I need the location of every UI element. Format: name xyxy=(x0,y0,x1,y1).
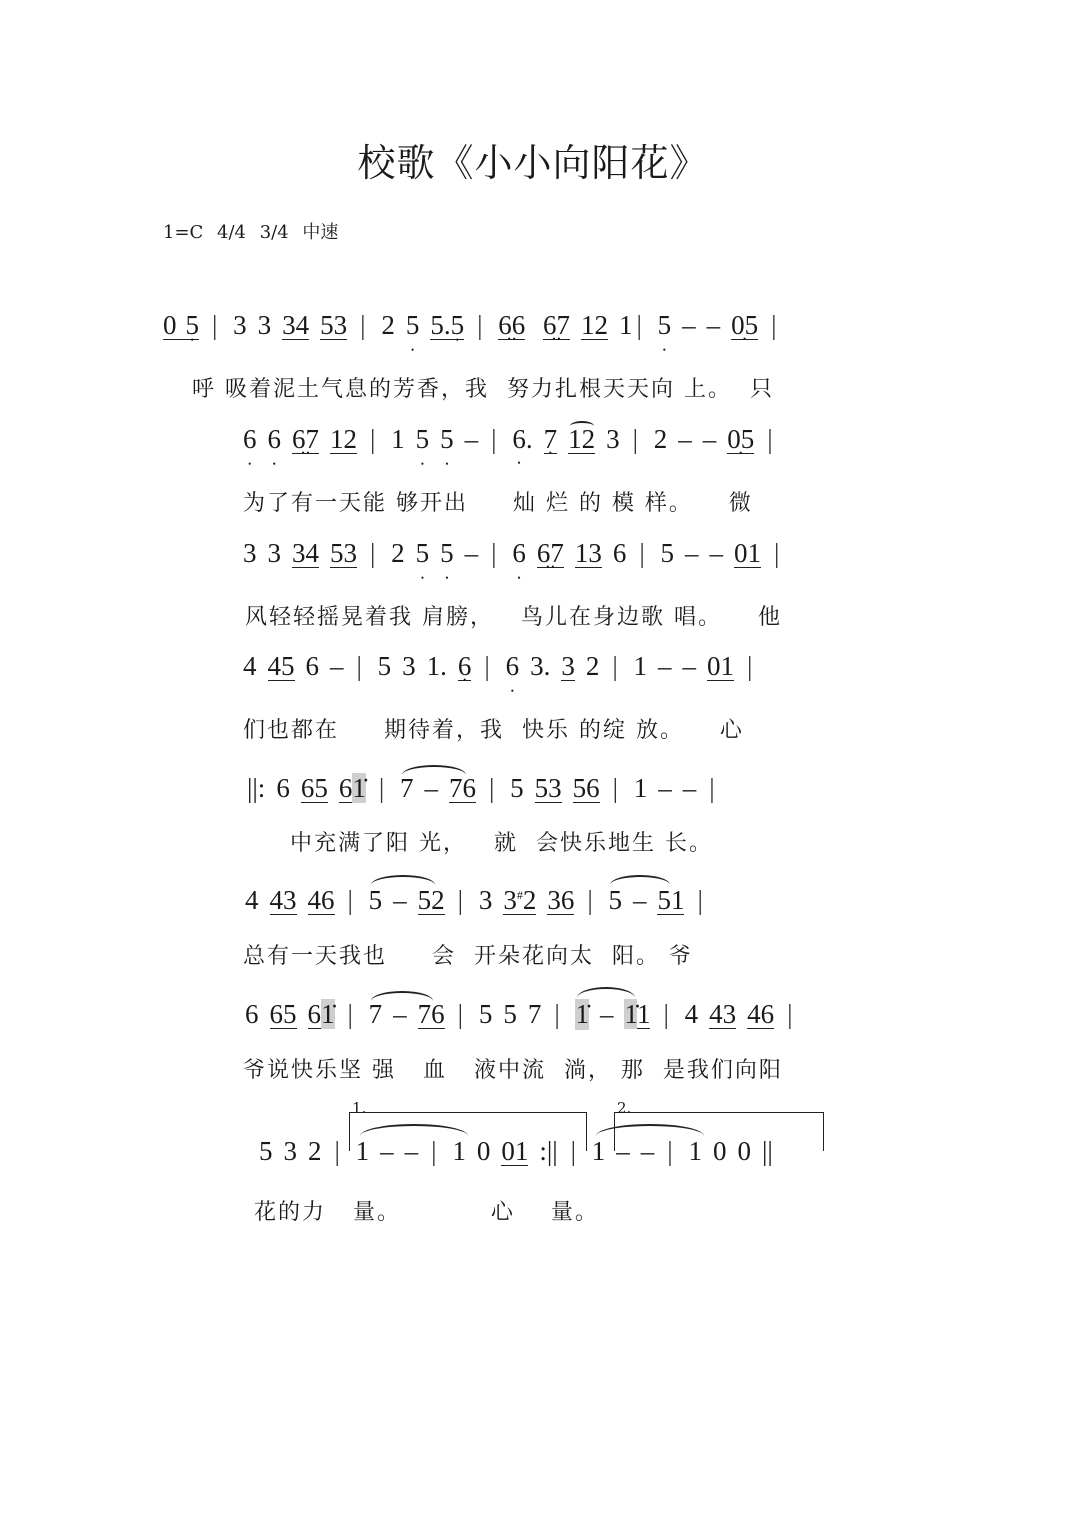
key-time-tempo: 1=C 4/4 3/4 中速 xyxy=(163,218,338,244)
lyrics-row-3: 风轻轻摇晃着我 肩膀， 鸟儿在身边歌 唱。 他 xyxy=(245,600,782,631)
lyrics-row-6: 总有一天我也 会 开朵花向太 阳。 爷 xyxy=(243,939,693,970)
lyrics-row-8: 花的力 量。 心 量。 xyxy=(254,1195,599,1226)
notation-row-8: 532| 1––| 1001:||| 1––| 100|| xyxy=(259,1136,784,1170)
notation-row-2: 666712| 155–| 6.7123| 2––05| xyxy=(243,424,782,458)
notation-row-5: ||:66561̇| 7–76| 55356| 1––| xyxy=(247,773,724,807)
repeat-end-sign: :|| xyxy=(539,1136,557,1167)
notation-row-1: 05| 333453| 255.5| 66 67121| 5––05| xyxy=(163,310,786,344)
notation-row-4: 4456–| 531.6| 63.32| 1––01| xyxy=(243,651,761,685)
volta-2-label: 2. xyxy=(617,1099,631,1117)
lyrics-row-4: 们也都在 期待着，我 快乐 的绽 放。 心 xyxy=(243,713,744,744)
notation-row-6: 44346| 5–52| 33#236| 5–51| xyxy=(245,881,712,915)
lyrics-row-2: 为了有一天能 够开出 灿 烂 的 模 样。 微 xyxy=(243,486,753,517)
notation-row-3: 333453| 255–| 667136| 5––01| xyxy=(243,538,788,572)
lyrics-row-5: 中充满了阳 光， 就 会快乐地生 长。 xyxy=(290,826,713,857)
repeat-start-sign: ||: xyxy=(247,773,265,804)
notation-row-7: 66561̇| 7–76| 557| 1̇–1̇1| 44346| xyxy=(245,999,802,1033)
volta-1-label: 1. xyxy=(352,1099,366,1117)
page-title: 校歌《小小向阳花》 xyxy=(0,132,1066,187)
final-barline: || xyxy=(762,1136,773,1167)
lyrics-row-1: 呼 吸着泥土气息的芳香，我 努力扎根天天向 上。 只 xyxy=(192,372,774,403)
lyrics-row-7: 爷说快乐坚 强 血 液中流 淌， 那 是我们向阳 xyxy=(243,1053,783,1084)
